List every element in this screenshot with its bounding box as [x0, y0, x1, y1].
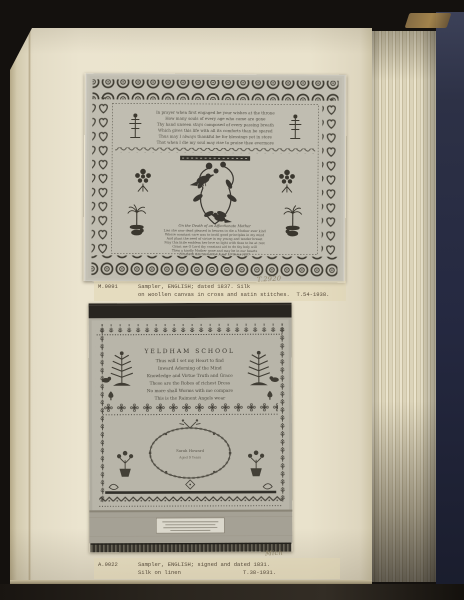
verse-line: That when I die my soul may rise to prai…	[157, 140, 275, 146]
verse-line: Thy hand unseen stays composed of every …	[157, 122, 274, 128]
verse-line: No more shall Worms with me compare	[147, 389, 234, 394]
sampler-1-memorial-verse: On the Death of an Affectionate Mother L…	[163, 224, 265, 257]
verse-line: Thus will I set my Heart to find	[156, 359, 224, 364]
verse-line: Which gives this life with all its comfo…	[158, 128, 273, 134]
caption-sampler-1: M.9091 Sampler, ENGLISH; dated 1837. Sil…	[98, 283, 350, 298]
book-cover-spine	[436, 12, 464, 590]
flower-band-divider	[103, 403, 278, 413]
verse-line: Knowledge and Virtue Truth and Grace	[147, 374, 233, 379]
verse-line: Thus may I always thankful be for blessi…	[159, 134, 273, 140]
verse-line: In prayer when first engaged be your wis…	[156, 110, 275, 116]
verse-line: Inward Adorning of the Mind	[158, 366, 222, 371]
pencil-annotation: T.2920	[257, 274, 282, 283]
wreath-name: Sarah Howard	[176, 448, 205, 453]
fanned-page-edges	[372, 31, 438, 582]
worn-cover-corner	[405, 13, 452, 28]
caption-sampler-2: A.9022 Sampler, ENGLISH; signed and date…	[98, 561, 344, 576]
signature-line: Elizabeth Ann Somerton Aged 13 Years 183…	[178, 252, 250, 256]
caption-line: Sampler, ENGLISH; dated 1837. Silk	[138, 283, 350, 291]
photograph-sampler-1: In prayer when first engaged be your wis…	[83, 73, 346, 283]
verse-line: How many souls of every age who came are…	[165, 116, 266, 122]
verse-line: These are the Robes of richest Dress	[150, 381, 230, 386]
sampler-1-top-verse: In prayer when first engaged be your wis…	[156, 110, 275, 146]
zigzag-border	[99, 495, 282, 504]
negative-number: A.9022	[98, 561, 118, 569]
page-gutter-crease	[28, 28, 31, 582]
verse-line: This is the Raiment Angels wear	[155, 396, 227, 401]
memorial-header: On the Death of an Affectionate Mother	[179, 224, 252, 228]
sampler-2-title: YELDHAM SCHOOL	[143, 348, 235, 355]
negative-number: M.9091	[98, 283, 118, 291]
museum-number: T.54-1938.	[296, 291, 329, 298]
museum-number: T.38-1931.	[243, 569, 276, 577]
sampler-1-image: In prayer when first engaged be your wis…	[83, 73, 346, 283]
wreath-aged: Aged 9 Years	[178, 455, 201, 459]
caption-line: Sampler, ENGLISH; signed and dated 1831.	[138, 561, 344, 569]
book-bottom-board	[0, 584, 464, 600]
pencil-annotation: Mich	[265, 549, 283, 558]
museum-label	[156, 518, 224, 533]
sampler-2-image: YELDHAM SCHOOL Thus will I set my Heart …	[89, 303, 293, 553]
caption-line: on woollen canvas in cross and satin sti…	[138, 291, 350, 299]
caption-line: Silk on linen T.38-1931.	[138, 569, 344, 577]
photograph-sampler-2: YELDHAM SCHOOL Thus will I set my Heart …	[89, 303, 293, 553]
stitched-bar-motif	[180, 156, 250, 161]
page-corner-shadow	[10, 28, 32, 70]
